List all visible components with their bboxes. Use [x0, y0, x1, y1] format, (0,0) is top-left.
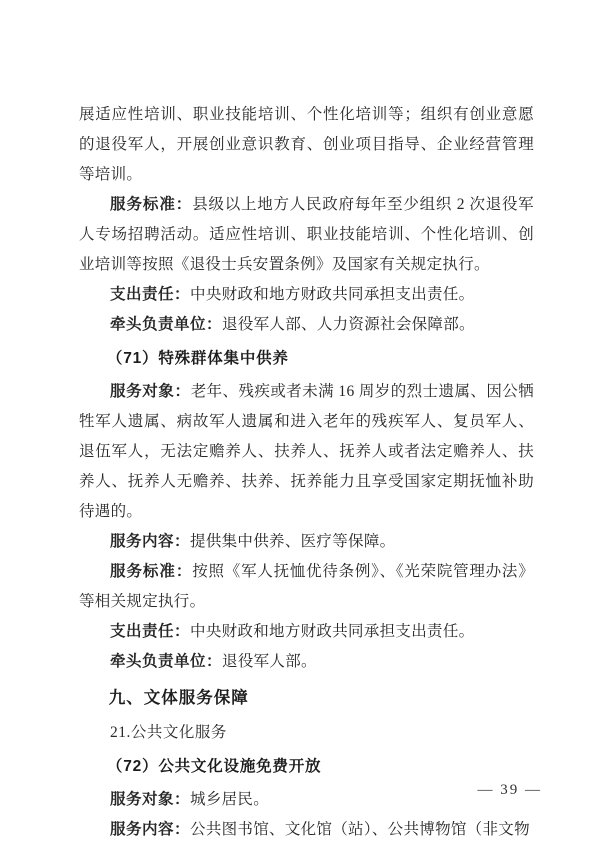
- lead-unit-label-2: 牵头负责单位：: [110, 653, 222, 670]
- expenditure-responsibility-text: 中央财政和地方财政共同承担支出责任。: [190, 286, 474, 303]
- service-standard-paragraph: 服务标准：县级以上地方人民政府每年至少组织 2 次退役军人专场招聘活动。适应性培…: [79, 190, 534, 280]
- service-target-label-2: 服务对象：: [110, 791, 190, 808]
- document-page: 展适应性培训、职业技能培训、个性化培训等；组织有创业意愿的退役军人，开展创业意识…: [0, 0, 610, 864]
- page-number: — 39 —: [478, 782, 543, 799]
- service-content-text-2: 公共图书馆、文化馆（站）、公共博物馆（非文物: [190, 821, 530, 838]
- lead-unit-text-2: 退役军人部。: [222, 653, 317, 670]
- service-content-paragraph-2: 服务内容：公共图书馆、文化馆（站）、公共博物馆（非文物: [79, 815, 534, 845]
- subsection-21-heading: 21.公共文化服务: [79, 717, 534, 748]
- service-content-text: 提供集中供养、医疗等保障。: [190, 533, 395, 550]
- service-content-label-2: 服务内容：: [110, 821, 190, 838]
- page-content: 展适应性培训、职业技能培训、个性化培训等；组织有创业意愿的退役军人，开展创业意识…: [79, 100, 534, 845]
- paragraph-text: 展适应性培训、职业技能培训、个性化培训等；组织有创业意愿的退役军人，开展创业意识…: [79, 106, 534, 183]
- service-target-label: 服务对象：: [110, 383, 191, 400]
- service-content-label: 服务内容：: [110, 533, 190, 550]
- expenditure-responsibility-paragraph: 支出责任：中央财政和地方财政共同承担支出责任。: [79, 280, 534, 310]
- service-standard-label: 服务标准：: [110, 196, 192, 213]
- expenditure-responsibility-text-2: 中央财政和地方财政共同承担支出责任。: [190, 623, 474, 640]
- expenditure-responsibility-label: 支出责任：: [110, 286, 190, 303]
- expenditure-responsibility-label-2: 支出责任：: [110, 623, 190, 640]
- item-71-heading: （71）特殊群体集中供养: [79, 343, 534, 374]
- lead-unit-paragraph: 牵头负责单位：退役军人部、人力资源社会保障部。: [79, 310, 534, 340]
- lead-unit-paragraph-2: 牵头负责单位：退役军人部。: [79, 647, 534, 677]
- service-target-paragraph-2: 服务对象：城乡居民。: [79, 785, 534, 815]
- service-target-text: 老年、残疾或者未满 16 周岁的烈士遗属、因公牺牲军人遗属、病故军人遗属和进入老…: [79, 383, 534, 520]
- service-standard-label-2: 服务标准：: [110, 563, 192, 580]
- expenditure-responsibility-paragraph-2: 支出责任：中央财政和地方财政共同承担支出责任。: [79, 617, 534, 647]
- lead-unit-text: 退役军人部、人力资源社会保障部。: [222, 316, 475, 333]
- paragraph-training-continuation: 展适应性培训、职业技能培训、个性化培训等；组织有创业意愿的退役军人，开展创业意识…: [79, 100, 534, 190]
- service-target-paragraph: 服务对象：老年、残疾或者未满 16 周岁的烈士遗属、因公牺牲军人遗属、病故军人遗…: [79, 377, 534, 527]
- service-target-text-2: 城乡居民。: [190, 791, 269, 808]
- item-72-heading: （72）公共文化设施免费开放: [79, 751, 534, 782]
- service-standard-paragraph-2: 服务标准：按照《军人抚恤优待条例》、《光荣院管理办法》等相关规定执行。: [79, 557, 534, 617]
- service-content-paragraph: 服务内容：提供集中供养、医疗等保障。: [79, 527, 534, 557]
- lead-unit-label: 牵头负责单位：: [110, 316, 222, 333]
- section-9-heading: 九、文体服务保障: [79, 682, 534, 714]
